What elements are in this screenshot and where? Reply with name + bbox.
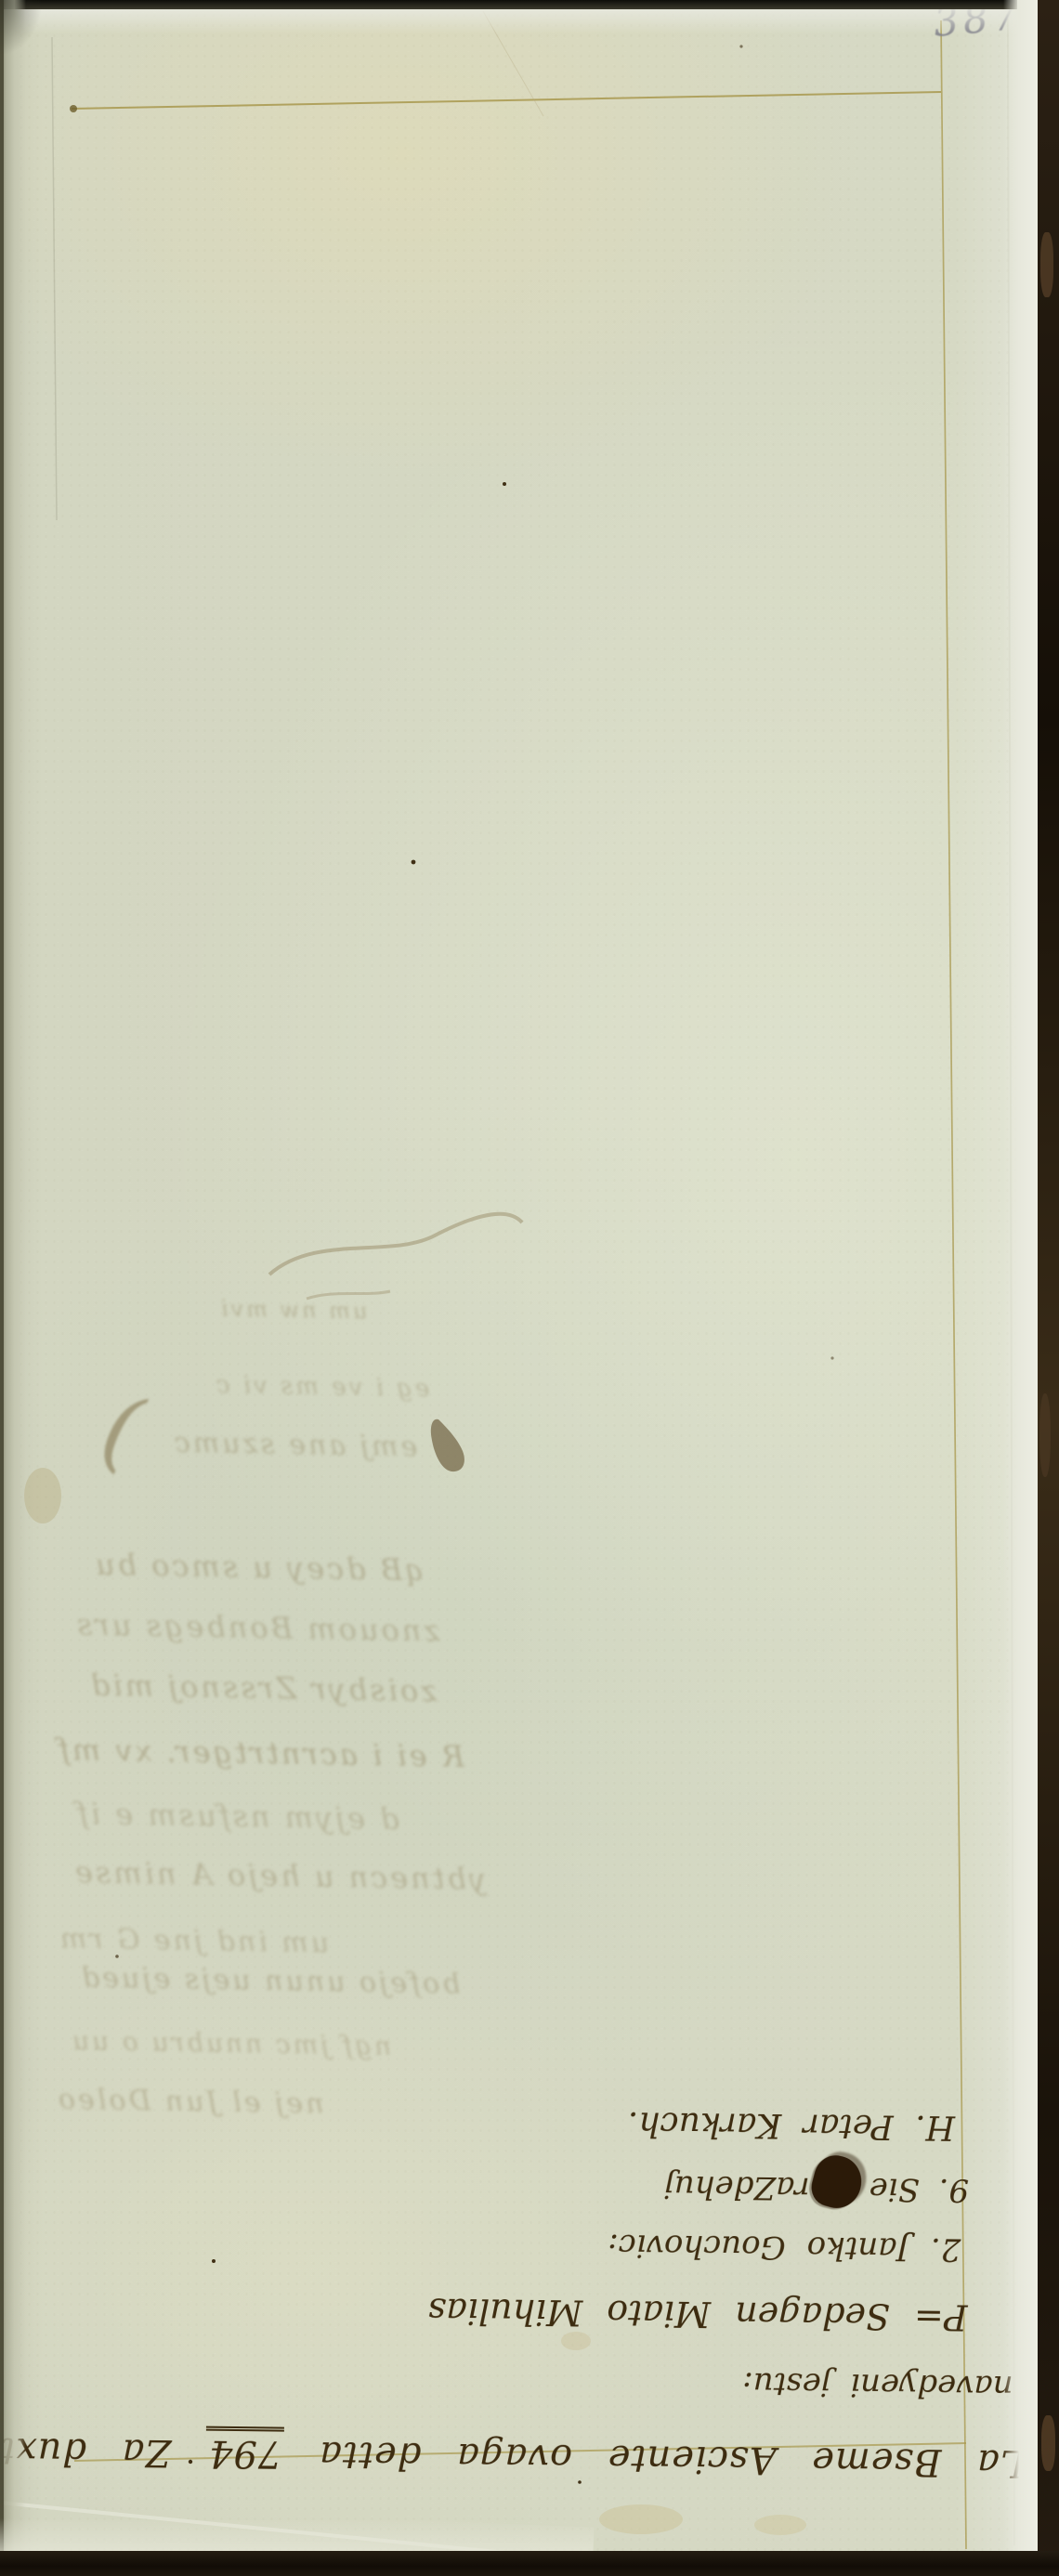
scan-edge-top — [0, 0, 1017, 9]
ghost-line: um nw mvi — [218, 1296, 368, 1325]
note-line: 9. SieraZdehuj — [55, 2149, 1029, 2222]
paper-edge-left — [0, 0, 26, 2576]
ghost-line: ybtnecn u hejo A nimse — [72, 1854, 487, 1897]
ghost-line: um ind jne G rm — [58, 1922, 330, 1959]
note-line-post: raZdehuj — [664, 2168, 810, 2207]
ink-blot — [807, 2151, 868, 2213]
note-line-pre: 9. Sie — [869, 2170, 969, 2208]
binding-texture — [1039, 1393, 1051, 1477]
binding-texture — [1041, 2415, 1055, 2471]
note-line-pre: La Bseme Asciente ovaga detta — [319, 2433, 1026, 2484]
note-line: P= Sedagen Miato Mihulias — [53, 2268, 1027, 2358]
note-line: 2. Jantko Gouchovic: — [54, 2210, 1028, 2280]
ghost-line: d ejym nsfusm e if — [74, 1796, 399, 1837]
manuscript-scan: um nw mvi eg i ve ms vi c emj ane szumc … — [0, 0, 1059, 2576]
corner-shadow — [0, 0, 43, 56]
inverted-ink-note: La Bseme Asciente ovaga detta 794 Za dux… — [51, 2036, 1030, 2510]
underlined-number: 794 — [206, 2426, 284, 2476]
note-line: H. Petar Karkuch. — [56, 2084, 1030, 2161]
ghost-line: emj ane szumc — [172, 1427, 418, 1464]
binding-edge-right — [1038, 0, 1059, 2576]
ghost-line: zoisbyr Zrssnoj mid — [88, 1667, 438, 1709]
ghost-line: R ei i acrntrtger. xv mf — [56, 1732, 465, 1774]
scan-edge-left — [0, 0, 4, 2576]
ghost-line: bofejo unun uejs ejued — [79, 1961, 461, 2000]
binding-texture — [1040, 232, 1053, 297]
paper-edge-right — [1003, 0, 1039, 2576]
ghost-line: eg i ve ms vi c — [214, 1371, 430, 1403]
binding-edge-bottom — [0, 2551, 1059, 2576]
note-line: La Bseme Asciente ovaga detta 794 Za dux… — [51, 2405, 1026, 2510]
ghost-line: qB dcey u smco bu — [93, 1547, 425, 1588]
ghost-line: znouom Bonbegs urs — [74, 1607, 440, 1649]
paper-edge-top — [0, 9, 1059, 33]
